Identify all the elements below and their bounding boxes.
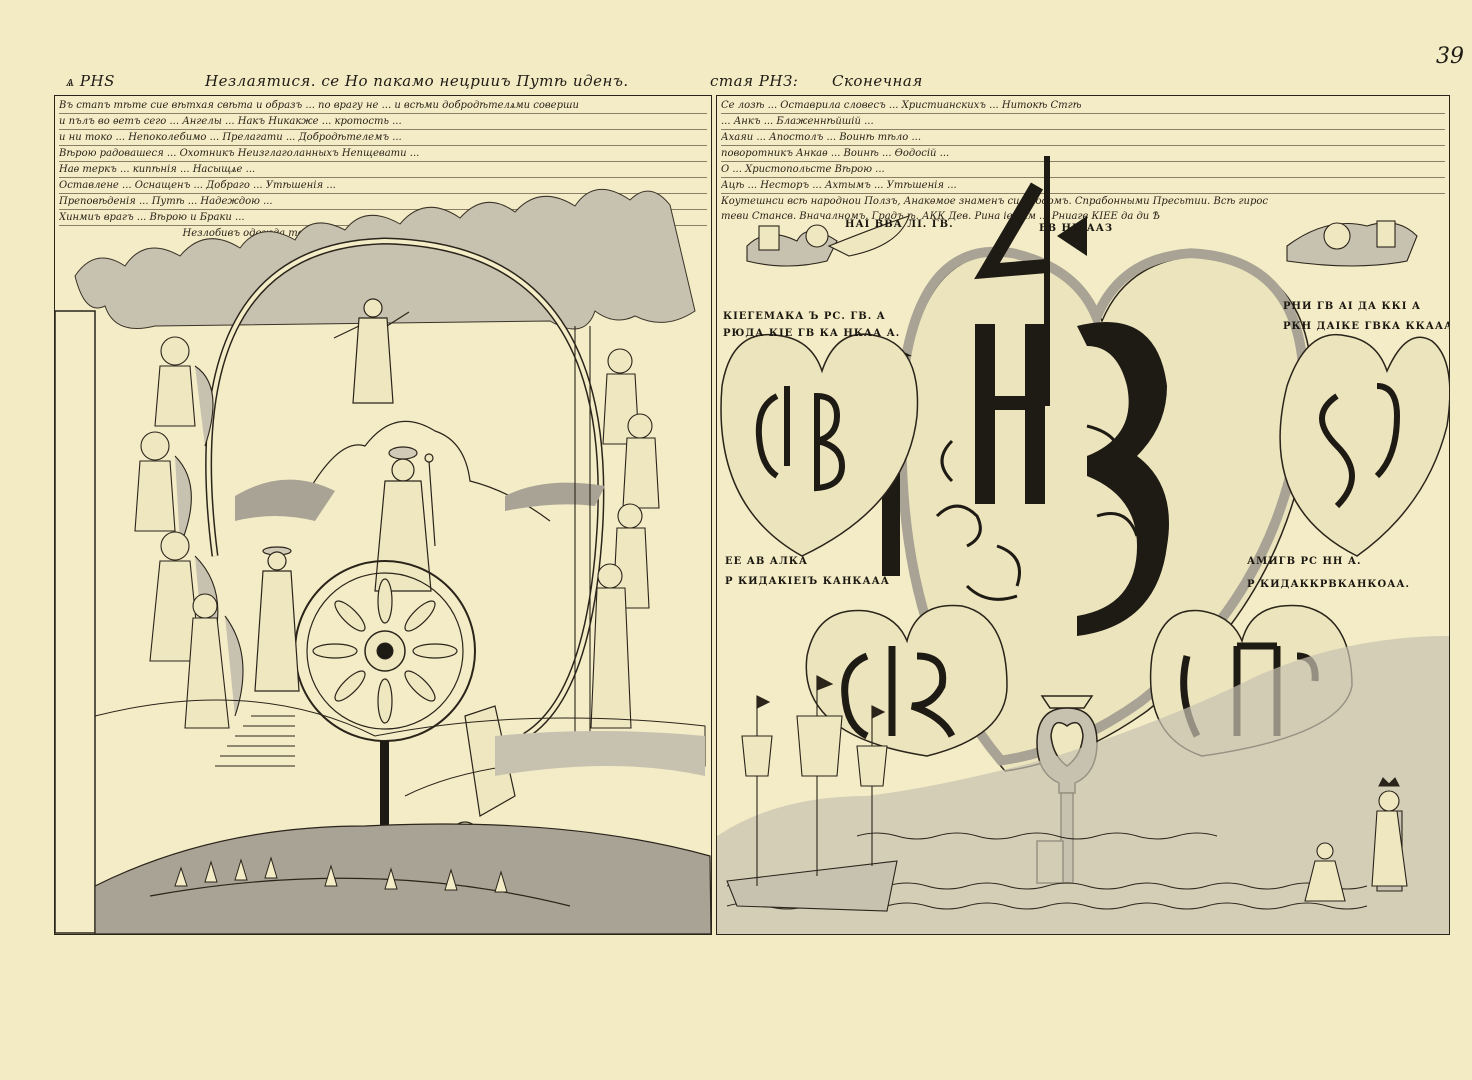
heart-label-bottom-left-1: ЕЕ АВ АЛКА <box>725 556 808 567</box>
heart-label-bottom-right-1: АМИГВ РС НН А. <box>1247 556 1361 567</box>
page-number: 39 <box>1436 44 1464 69</box>
monogram-illustration <box>717 96 1449 934</box>
monogram-panel: Се лозѣ ... Оставрила словесъ ... Христи… <box>716 95 1450 935</box>
right-header-title: Сконечная <box>832 72 923 90</box>
right-header-number: стая РНЗ: <box>710 72 798 90</box>
heart-label-top-left-1: КІЕГЕМАКА Ъ РС. ГВ. А <box>723 311 886 322</box>
left-header-title: Незлаятися. се Но пакамо нецрииъ Путѣ ид… <box>205 72 629 90</box>
heart-label-bottom-left-2: Р КИДАКІЕІЪ КАНКААА <box>725 576 890 587</box>
left-header-number: ѧ РНЅ <box>66 72 115 91</box>
center-label-right: ЕВ НК ААЗ <box>1039 223 1113 234</box>
heart-label-top-right-1: РНИ ГВ АІ ДА ККІ А <box>1283 301 1421 312</box>
heart-label-top-left-2: РЮДА КІЕ ГВ КА НКАА А. <box>723 328 900 339</box>
wheel-illustration <box>55 96 711 934</box>
wheel-of-fortune-panel: Въ стапъ тѣте сие вѣтхая свѣта и образъ … <box>54 95 712 935</box>
heart-label-bottom-right-2: Р КИДАККРВКАНКОАА. <box>1247 579 1410 590</box>
heart-label-top-right-2: РКН ДАІКЕ ГВКА ККААА <box>1283 321 1450 332</box>
center-label-left: НАІ ВВА ЛІ. ГВ. <box>845 219 954 230</box>
